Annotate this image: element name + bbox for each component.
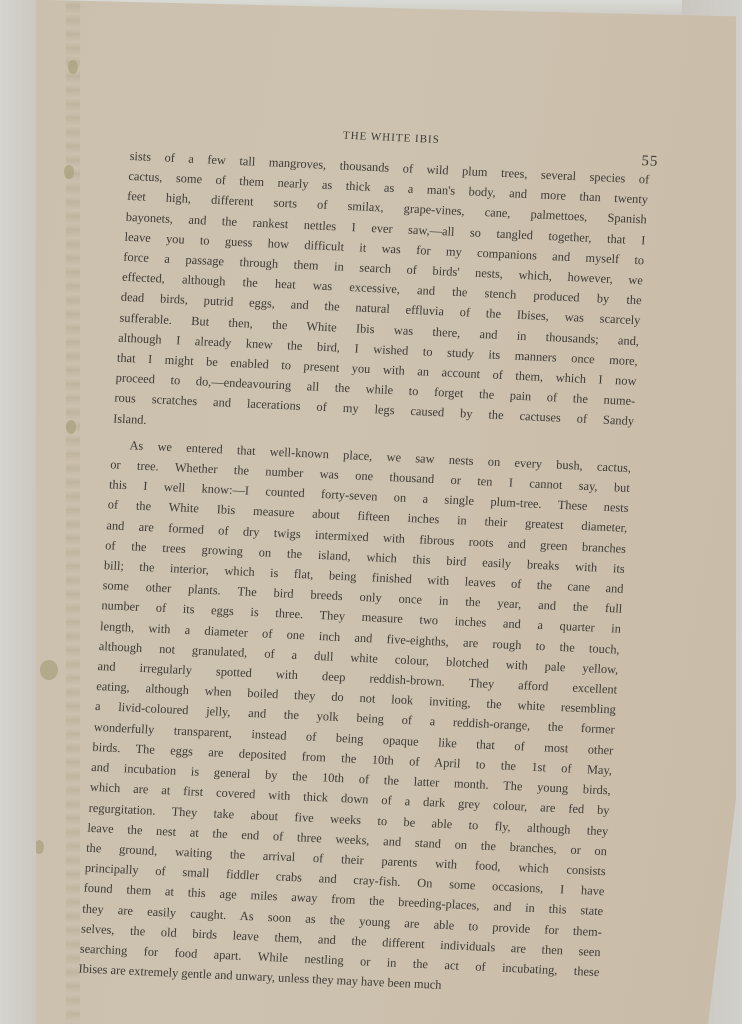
binding-thread-mark: [40, 660, 58, 680]
page-number: 55: [641, 153, 659, 171]
page-text-block: THE WHITE IBIS 55 sists of a few tall ma…: [78, 120, 651, 1002]
binding-thread-mark: [68, 60, 78, 74]
binding-thread-mark: [66, 420, 76, 434]
background-wall-left: [0, 0, 36, 1024]
torn-binding-edge: [66, 0, 80, 1024]
paragraph: As we entered that well-known place, we …: [78, 434, 632, 1002]
binding-thread-mark: [64, 165, 74, 179]
body-text: sists of a few tall mangroves, thousands…: [78, 146, 650, 1002]
paragraph: sists of a few tall mangroves, thousands…: [113, 146, 650, 452]
